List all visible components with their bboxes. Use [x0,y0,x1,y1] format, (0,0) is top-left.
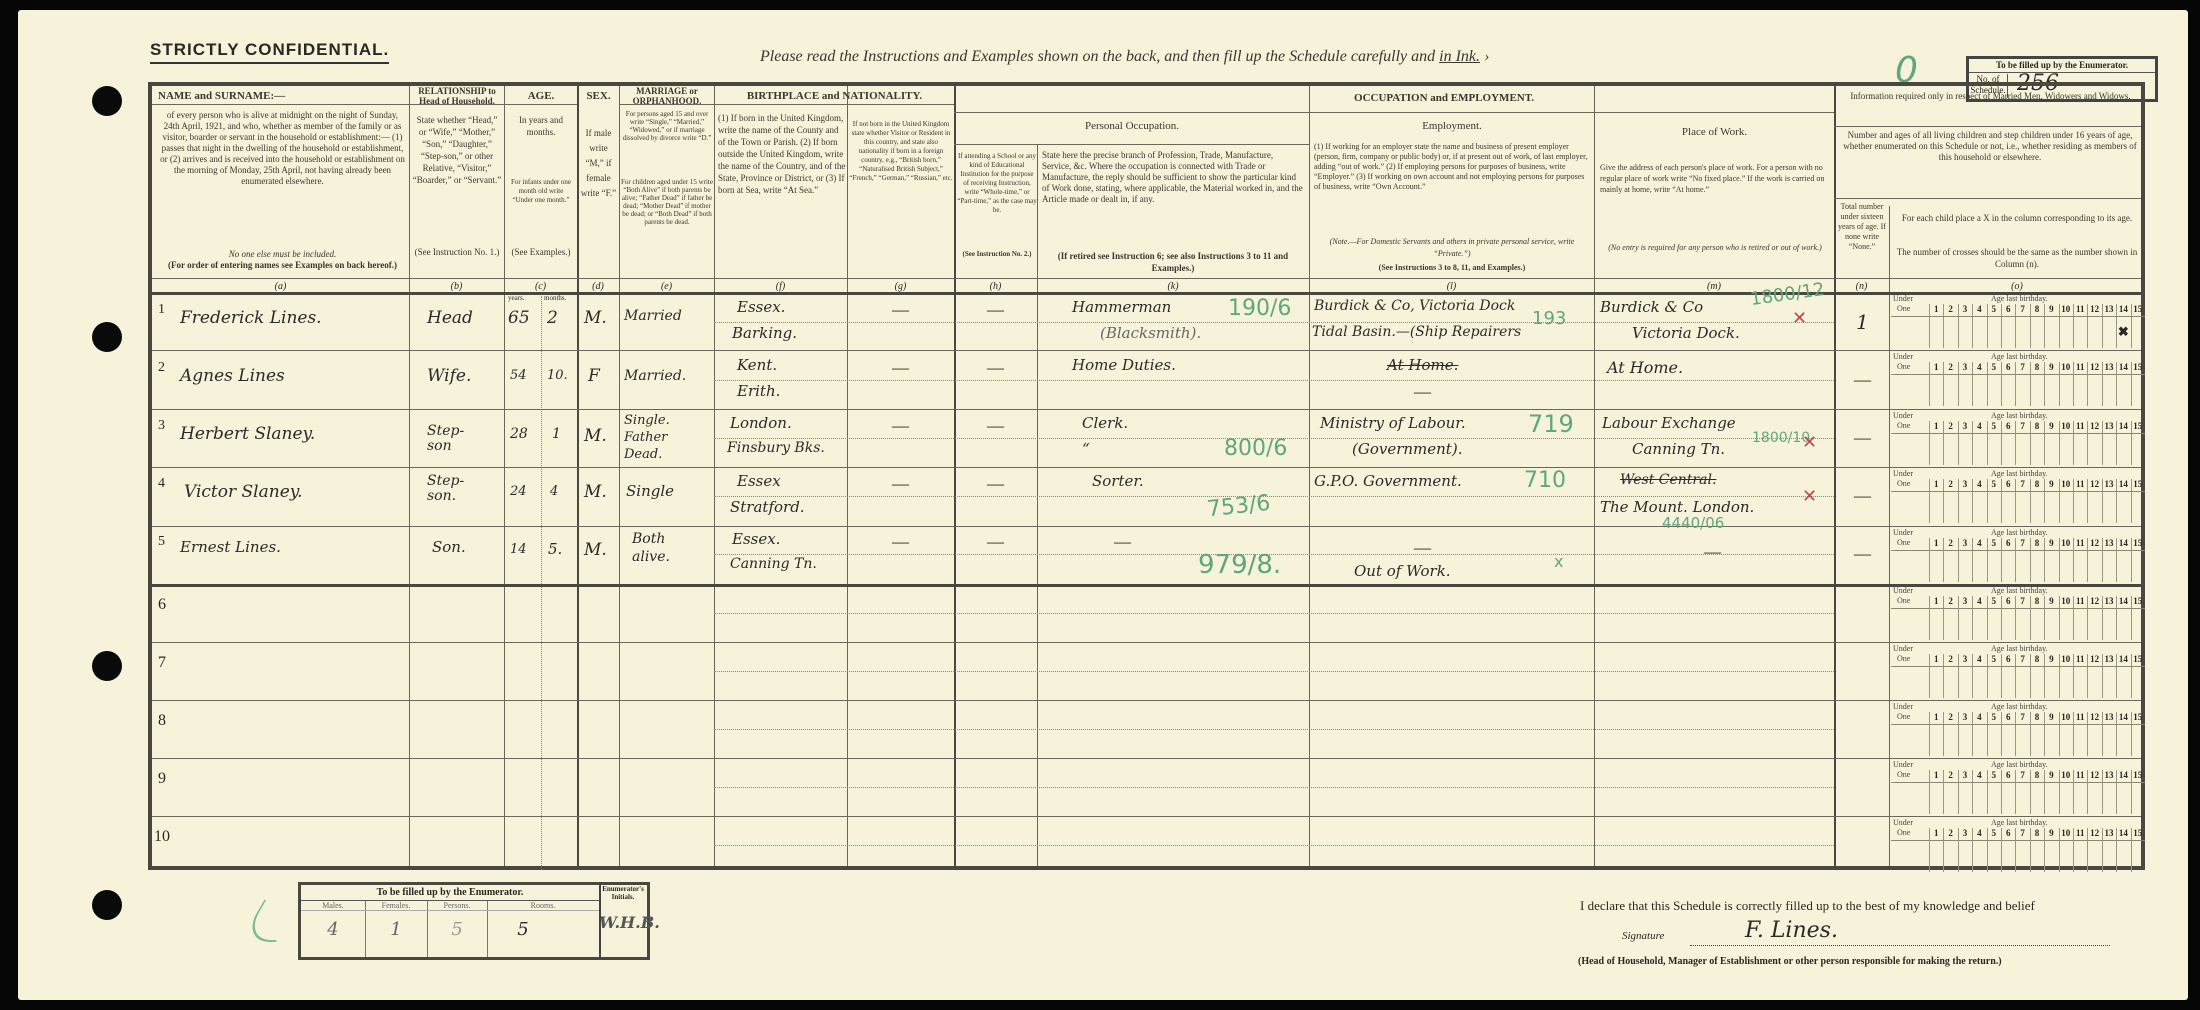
name-cell[interactable]: Victor Slaney. [184,482,303,502]
age-checkbox[interactable] [2059,841,2073,871]
age-checkbox[interactable] [2001,783,2015,813]
age-grid: UnderOneAge last birthday.12345678910111… [1891,528,2145,582]
age-checkbox[interactable] [2131,609,2145,639]
age-checkbox[interactable] [2131,667,2145,697]
age-grid: UnderOneAge last birthday.12345678910111… [1891,818,2145,872]
age-checkbox[interactable] [2001,434,2015,464]
birth-town-cell[interactable]: Barking. [732,324,797,342]
age-checkbox[interactable] [1943,783,1957,813]
children-total-cell[interactable]: — [1854,544,1871,564]
birth-county-cell[interactable]: Essex. [732,530,780,548]
age-months-cell[interactable]: 5. [548,540,562,558]
age-checkbox[interactable] [2087,434,2101,464]
age-checkbox[interactable] [2015,841,2029,871]
workplace-code: 4440/06 [1662,514,1724,532]
age-checkbox[interactable] [2102,551,2116,581]
age-checkbox[interactable] [2131,317,2145,347]
children-total-cell[interactable]: — [1854,428,1871,448]
marriage-cell[interactable]: Married [624,308,682,324]
col-e-title: MARRIAGE or ORPHANHOOD. [620,86,714,106]
age-checkbox[interactable] [1943,375,1957,405]
workplace-cell[interactable]: — [1704,542,1721,562]
age-checkbox[interactable] [2116,783,2130,813]
age-checkbox[interactable] [1929,841,1943,871]
name-cell[interactable]: Frederick Lines. [180,308,322,328]
age-checkbox[interactable] [2044,609,2058,639]
age-checkbox[interactable] [1972,434,1986,464]
age-checkbox[interactable] [2073,725,2087,755]
age-grid: UnderOneAge last birthday.12345678910111… [1891,352,2145,406]
col-n-body: Total number under sixteen years of age.… [1835,202,1889,252]
age-checkbox[interactable] [2015,375,2029,405]
age-checkbox[interactable] [1943,609,1957,639]
age-checkbox[interactable] [2030,492,2044,522]
females-field[interactable]: Females. 1 [365,901,428,957]
age-checkbox[interactable] [1929,375,1943,405]
age-checkbox[interactable] [1943,725,1957,755]
age-checkbox[interactable] [1929,725,1943,755]
age-checkbox[interactable] [2116,434,2130,464]
age-checkbox[interactable] [2102,667,2116,697]
age-checkbox[interactable] [2131,841,2145,871]
age-checkbox[interactable] [2030,783,2044,813]
occupation-cell[interactable]: Home Duties. [1072,356,1176,374]
school-cell[interactable]: — [987,300,1004,320]
age-checkbox[interactable] [1972,667,1986,697]
age-checkbox[interactable] [2087,551,2101,581]
age-checkbox[interactable] [2001,375,2015,405]
check-mark-icon: ✕ [1802,432,1817,453]
age-years-cell[interactable]: 54 [510,368,527,383]
marriage-cell[interactable]: Single [626,482,674,500]
employment-code: 193 [1532,308,1566,329]
age-checkbox[interactable] [1987,375,2001,405]
school-cell[interactable]: — [987,532,1004,552]
employment-cell-2[interactable]: Out of Work. [1354,562,1451,580]
age-checkbox[interactable] [2015,317,2029,347]
age-checkbox[interactable] [2116,667,2130,697]
age-checkbox[interactable] [1958,841,1972,871]
age-checkbox[interactable] [2015,551,2029,581]
children-title: Number and ages of all living children a… [1840,130,2140,163]
col-f-body: (1) If born in the United Kingdom, write… [718,112,846,196]
age-grid: UnderOneAge last birthday.12345678910111… [1891,702,2145,756]
employment-cell[interactable]: Ministry of Labour. [1320,414,1466,432]
relationship-cell[interactable]: Son. [432,538,466,556]
name-cell[interactable]: Agnes Lines [180,366,285,386]
age-checkbox[interactable] [1929,434,1943,464]
age-checkbox[interactable] [2087,841,2101,871]
signature-field[interactable]: F. Lines. [1745,918,1838,943]
age-checkbox[interactable] [1987,783,2001,813]
occupation-code: 979/8. [1198,550,1281,580]
age-checkbox[interactable] [1972,609,1986,639]
age-checkbox[interactable] [2073,841,2087,871]
age-checkbox[interactable] [1987,317,2001,347]
nationality-cell[interactable]: — [892,358,909,378]
age-years-cell[interactable]: 65 [508,308,530,328]
sex-cell[interactable]: M. [584,540,607,560]
workplace-cell[interactable]: Burdick & Co [1600,298,1703,316]
age-checkbox[interactable] [1958,551,1972,581]
col-g-body: If not born in the United Kingdom state … [849,120,953,183]
age-checkbox[interactable] [2087,783,2101,813]
age-checkbox[interactable] [2015,725,2029,755]
age-checkbox[interactable] [2131,725,2145,755]
row-number: 8 [158,712,166,730]
sex-cell[interactable]: M. [584,482,607,502]
col-a-title: NAME and SURNAME:— [158,90,408,102]
row-number: 6 [158,596,166,614]
age-checkbox[interactable] [2015,434,2029,464]
age-checkbox[interactable] [1929,783,1943,813]
age-checkbox[interactable] [2116,375,2130,405]
relationship-cell[interactable]: Head [427,308,473,328]
birth-county-cell[interactable]: London. [730,414,792,432]
birth-town-cell[interactable]: Finsbury Bks. [727,440,825,456]
employment-cell[interactable]: Burdick & Co, Victoria Dock [1314,298,1515,314]
age-months-cell[interactable]: 2 [547,308,558,328]
relationship-cell[interactable]: Step-son. [427,474,487,504]
age-checkbox[interactable] [2044,725,2058,755]
age-checkbox[interactable] [2015,667,2029,697]
enumerator-count-box: To be filled up by the Enumerator. Enume… [298,882,650,960]
sex-cell[interactable]: M. [584,426,607,446]
punch-hole [92,651,122,681]
age-checkbox[interactable] [2073,609,2087,639]
age-checkbox[interactable] [2030,551,2044,581]
school-cell[interactable]: — [987,474,1004,494]
age-checkbox[interactable] [2059,317,2073,347]
age-grid: UnderOneAge last birthday.12345678910111… [1891,644,2145,698]
age-years-cell[interactable]: 28 [510,426,528,442]
birthplace-title: BIRTHPLACE and NATIONALITY. [715,90,954,102]
age-checkbox[interactable] [2015,783,2029,813]
age-checkbox[interactable] [2073,551,2087,581]
age-checkbox[interactable] [2102,609,2116,639]
employment-code: 719 [1528,410,1574,438]
birth-county-cell[interactable]: Kent. [737,356,777,374]
nationality-cell[interactable]: — [892,300,909,320]
age-checkbox[interactable] [2087,492,2101,522]
age-checkbox[interactable] [1958,317,1972,347]
age-grid: UnderOneAge last birthday.12345678910111… [1891,411,2145,465]
col-c-title: AGE. [505,90,577,102]
age-checkbox[interactable] [2030,725,2044,755]
age-checkbox[interactable] [2073,783,2087,813]
occupation-code: 753/6 [1206,491,1272,522]
employment-cell[interactable]: At Home. [1387,356,1458,374]
school-cell[interactable]: — [987,358,1004,378]
age-checkbox[interactable] [2044,317,2058,347]
age-checkbox[interactable] [1987,551,2001,581]
age-checkbox[interactable] [2073,667,2087,697]
employment-cell-2[interactable]: Tidal Basin.—(Ship Repairers [1312,324,1521,340]
age-checkbox[interactable]: ✖ [2116,317,2130,347]
age-checkbox[interactable] [1958,375,1972,405]
age-checkbox[interactable] [2001,609,2015,639]
age-checkbox[interactable] [1929,317,1943,347]
age-checkbox[interactable] [1929,609,1943,639]
employment-cell-2[interactable]: (Government). [1352,440,1462,458]
workplace-cell[interactable]: West Central. [1620,472,1716,488]
age-checkbox[interactable] [1943,492,1957,522]
age-checkbox[interactable] [2059,667,2073,697]
age-checkbox[interactable] [1987,667,2001,697]
row-number: 10 [154,828,170,846]
age-checkbox[interactable] [2015,609,2029,639]
occupation-code: 190/6 [1228,296,1291,321]
age-checkbox[interactable] [2102,434,2116,464]
birth-town-cell[interactable]: Stratford. [730,498,805,516]
age-checkbox[interactable] [1958,434,1972,464]
age-checkbox[interactable] [2116,725,2130,755]
occupation-title: OCCUPATION and EMPLOYMENT. [954,92,1834,104]
age-checkbox[interactable] [1958,609,1972,639]
children-total-cell[interactable]: — [1854,486,1871,506]
age-months-cell[interactable]: 4 [550,484,558,499]
age-checkbox[interactable] [2102,725,2116,755]
workplace-cell-2[interactable]: Victoria Dock. [1632,324,1740,342]
enumerator-initials[interactable]: W.H.B. [599,913,647,932]
marriage-cell[interactable]: Both alive. [632,530,692,566]
age-checkbox[interactable] [2044,434,2058,464]
age-checkbox[interactable] [1958,667,1972,697]
age-checkbox[interactable] [2116,551,2130,581]
employment-code: 710 [1524,468,1566,493]
age-checkbox[interactable] [1972,783,1986,813]
age-checkbox[interactable] [1929,667,1943,697]
row-number: 9 [158,770,166,788]
age-checkbox[interactable] [2001,492,2015,522]
age-checkbox[interactable] [2001,317,2015,347]
age-checkbox[interactable] [1987,434,2001,464]
age-checkbox[interactable] [2131,492,2145,522]
age-months-cell[interactable]: 1 [552,426,561,442]
personal-occupation-title: Personal Occupation. [955,120,1309,132]
age-checkbox[interactable] [1987,492,2001,522]
row-number: 7 [158,654,166,672]
age-checkbox[interactable] [2102,375,2116,405]
age-checkbox[interactable] [2044,375,2058,405]
rooms-field[interactable]: Rooms. 5 [487,901,599,957]
age-checkbox[interactable] [2044,783,2058,813]
age-checkbox[interactable] [2030,609,2044,639]
col-a-body: of every person who is alive at midnight… [160,110,405,187]
age-checkbox[interactable] [2030,667,2044,697]
age-grid: UnderOneAge last birthday.12345678910111… [1891,294,2145,348]
workplace-cell-2[interactable]: Canning Tn. [1632,440,1725,458]
signature-footnote: (Head of Household, Manager of Establish… [1578,956,2002,967]
age-checkbox[interactable] [1929,551,1943,581]
age-checkbox[interactable] [1987,609,2001,639]
enumerator-initials-box: Enumerator's Initials. W.H.B. [599,885,647,957]
age-checkbox[interactable] [1972,551,1986,581]
confidential-title: STRICTLY CONFIDENTIAL. [150,40,389,64]
age-checkbox[interactable] [2087,375,2101,405]
nationality-cell[interactable]: — [892,416,909,436]
census-table: NAME and SURNAME:— of every person who i… [148,82,2145,870]
sex-cell[interactable]: F [588,366,600,386]
age-checkbox[interactable] [2131,551,2145,581]
age-checkbox[interactable] [2030,317,2044,347]
age-checkbox[interactable] [2087,609,2101,639]
employment-cell-2[interactable]: — [1414,382,1431,402]
col-h-body: If attending a School or any kind of Edu… [957,152,1037,215]
age-checkbox[interactable] [2073,317,2087,347]
age-years-cell[interactable]: 24 [510,484,527,499]
col-d-title: SEX. [578,90,619,102]
age-checkbox[interactable] [1972,725,1986,755]
birth-town-cell[interactable]: Canning Tn. [730,556,817,572]
males-field[interactable]: Males. 4 [301,901,366,957]
occupation-cell-2[interactable]: (Blacksmith). [1100,324,1201,342]
fill-instructions: Please read the Instructions and Example… [760,48,1489,66]
school-cell[interactable]: — [987,416,1004,436]
birth-county-cell[interactable]: Essex [737,472,781,490]
age-checkbox[interactable] [1972,492,1986,522]
age-checkbox[interactable] [2001,725,2015,755]
age-checkbox[interactable] [2116,609,2130,639]
marriage-cell[interactable]: Married. [624,368,686,384]
col-b-body: State whether “Head,” or “Wife,” “Mother… [412,114,502,186]
check-mark-icon: ✕ [1792,308,1807,329]
age-checkbox[interactable] [2131,434,2145,464]
age-grid: UnderOneAge last birthday.12345678910111… [1891,469,2145,523]
children-total-cell[interactable]: 1 [1856,310,1869,334]
occupation-cell[interactable]: Hammerman [1072,298,1171,316]
age-checkbox[interactable] [1943,841,1957,871]
occupation-cell[interactable]: Sorter. [1092,472,1144,490]
occupation-cell-2[interactable]: “ [1082,440,1090,458]
married-title: Information required only in respect of … [1836,90,2145,102]
name-cell[interactable]: Ernest Lines. [180,538,281,556]
age-checkbox[interactable] [1958,492,1972,522]
age-checkbox[interactable] [2044,841,2058,871]
age-checkbox[interactable] [1972,841,1986,871]
age-checkbox[interactable] [2073,434,2087,464]
occupation-code: 800/6 [1224,436,1287,461]
age-checkbox[interactable] [2102,317,2116,347]
declaration-text: I declare that this Schedule is correctl… [1580,898,2035,914]
age-checkbox[interactable] [2102,492,2116,522]
occupation-cell[interactable]: — [1114,532,1131,552]
col-b-title: RELATIONSHIP to Head of Household. [410,86,504,106]
age-checkbox[interactable] [2059,492,2073,522]
age-checkbox[interactable] [2087,725,2101,755]
age-checkbox[interactable] [1958,783,1972,813]
age-checkbox[interactable] [2001,667,2015,697]
check-mark-icon: ✕ [1802,486,1817,507]
age-checkbox[interactable] [2087,667,2101,697]
age-checkbox[interactable] [2073,375,2087,405]
age-checkbox[interactable] [2116,492,2130,522]
age-grid: UnderOneAge last birthday.12345678910111… [1891,760,2145,814]
age-checkbox[interactable] [2030,841,2044,871]
age-checkbox[interactable] [2059,783,2073,813]
age-grid: UnderOneAge last birthday.12345678910111… [1891,586,2145,640]
age-checkbox[interactable] [2073,492,2087,522]
age-checkbox[interactable] [1987,725,2001,755]
age-checkbox[interactable] [1943,434,1957,464]
age-checkbox[interactable] [1943,551,1957,581]
age-checkbox[interactable] [1943,667,1957,697]
workplace-cell[interactable]: At Home. [1607,358,1683,377]
age-checkbox[interactable] [2001,841,2015,871]
name-cell[interactable]: Herbert Slaney. [180,424,315,444]
age-checkbox[interactable] [1929,492,1943,522]
age-checkbox[interactable] [2015,492,2029,522]
birth-county-cell[interactable]: Essex. [737,298,785,316]
age-checkbox[interactable] [1943,317,1957,347]
signature-label: Signature [1622,930,1664,942]
employment-cell[interactable]: — [1414,538,1431,558]
age-checkbox[interactable] [2059,725,2073,755]
age-checkbox[interactable] [2030,434,2044,464]
birth-town-cell[interactable]: Erith. [737,382,780,400]
age-months-cell[interactable]: 10. [547,368,568,383]
age-checkbox[interactable] [2131,783,2145,813]
age-checkbox[interactable] [1972,375,1986,405]
age-years-cell[interactable]: 14 [510,542,527,557]
punch-hole [92,322,122,352]
age-checkbox[interactable] [1958,725,1972,755]
age-checkbox[interactable] [2116,841,2130,871]
occupation-cell[interactable]: Clerk. [1082,414,1128,432]
age-checkbox[interactable] [2001,551,2015,581]
age-checkbox[interactable] [1987,841,2001,871]
age-checkbox[interactable] [2059,609,2073,639]
punch-hole [92,86,122,116]
relationship-cell[interactable]: Wife. [427,366,471,386]
persons-field[interactable]: Persons. 5 [427,901,488,957]
age-checkbox[interactable] [2059,375,2073,405]
age-checkbox[interactable] [2044,667,2058,697]
employment-code: x [1554,552,1563,571]
age-checkbox[interactable] [2030,375,2044,405]
nationality-cell[interactable]: — [892,532,909,552]
col-l-title: Employment. [1310,120,1594,132]
age-checkbox[interactable] [2044,492,2058,522]
age-checkbox[interactable] [2102,841,2116,871]
relationship-cell[interactable]: Step-son [427,424,487,454]
employment-cell[interactable]: G.P.O. Government. [1314,472,1462,490]
age-checkbox[interactable] [2087,317,2101,347]
age-checkbox[interactable] [1972,317,1986,347]
age-checkbox[interactable] [2044,551,2058,581]
nationality-cell[interactable]: — [892,474,909,494]
punch-hole [92,890,122,920]
age-checkbox[interactable] [2059,551,2073,581]
col-m-body: Give the address of each person's place … [1600,162,1830,195]
col-k-body: State here the precise branch of Profess… [1042,150,1304,205]
workplace-cell[interactable]: Labour Exchange [1602,414,1736,432]
sex-cell[interactable]: M. [584,308,607,328]
age-checkbox[interactable] [2059,434,2073,464]
col-m-title: Place of Work. [1595,126,1834,138]
age-checkbox[interactable] [2102,783,2116,813]
col-l-body: (1) If working for an employer state the… [1314,142,1590,192]
signature-line [1690,945,2110,946]
age-checkbox[interactable] [2131,375,2145,405]
children-total-cell[interactable]: — [1854,370,1871,390]
marriage-cell[interactable]: Single. Father Dead. [624,412,709,463]
